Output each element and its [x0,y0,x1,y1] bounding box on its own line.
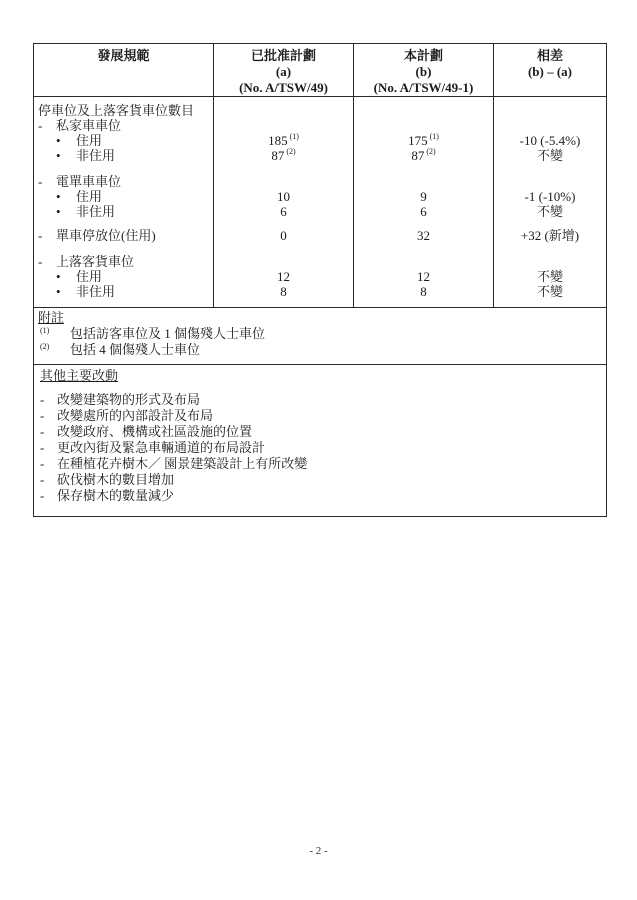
dash-marker: - [38,254,56,269]
header-approved-scheme: 已批准計劃 (a) (No. A/TSW/49) [214,44,354,97]
bullet-marker: • [56,204,76,219]
value-approved: 87(2) [214,148,354,163]
value-current: 6 [354,204,494,219]
footnote-marker: (1) [40,327,70,335]
page-number: - 2 - [0,845,637,857]
dash-marker: - [38,174,56,189]
header-label: 相差 [494,48,606,64]
footnote-ref: (2) [286,147,295,156]
dash-marker: - [40,456,57,472]
header-current-scheme: 本計劃 (b) (No. A/TSW/49-1) [354,44,494,97]
dash-marker: - [40,424,57,440]
row-label: 電單車車位 [56,174,121,189]
value-current: 12 [354,269,494,284]
dash-marker: - [38,228,56,243]
table-header-row: 發展規範 已批准計劃 (a) (No. A/TSW/49) 本計劃 (b) (N… [34,44,607,97]
value-difference: -1 (-10%) [494,189,607,204]
value-difference: 不變 [494,284,607,299]
value-difference: -10 (-5.4%) [494,133,607,148]
table-row: •住用 10 9 -1 (-10%) [34,189,607,204]
footnote: (2)包括 4 個傷殘人士車位 [38,342,600,358]
value-current: 9 [354,189,494,204]
change-item: -保存樹木的數量減少 [40,488,600,504]
value-approved: 12 [214,269,354,284]
change-text: 保存樹木的數量減少 [57,488,174,503]
change-item: -砍伐樹木的數目增加 [40,472,600,488]
change-text: 改變政府、機構或社區設施的位置 [57,424,252,439]
header-sublabel: (b) – (a) [494,64,606,80]
table-row: 停車位及上落客貨車位數目 [34,103,607,118]
row-label: 單車停放位(住用) [56,228,156,243]
comparison-table: 發展規範 已批准計劃 (a) (No. A/TSW/49) 本計劃 (b) (N… [33,43,607,517]
bullet-marker: • [56,189,76,204]
row-label: 私家車車位 [56,118,121,133]
footnote-ref: (2) [426,147,435,156]
footnote-marker: (2) [40,343,70,351]
dash-marker: - [40,440,57,456]
row-label: 住用 [76,269,102,284]
changes-title: 其他主要改動 [40,368,600,384]
change-item: -改變處所的內部設計及布局 [40,408,600,424]
value-approved: 185(1) [214,133,354,148]
document-page: 發展規範 已批准計劃 (a) (No. A/TSW/49) 本計劃 (b) (N… [0,0,637,900]
table-row: -電單車車位 [34,174,607,189]
header-sublabel: (b) [354,64,493,80]
header-difference: 相差 (b) – (a) [494,44,607,97]
header-plan-number: (No. A/TSW/49) [214,80,353,96]
change-item: -在種植花卉樹木／ 園景建築設計上有所改變 [40,456,600,472]
value-approved: 0 [214,228,354,243]
table-row: -單車停放位(住用) 0 32 +32 (新增) [34,228,607,243]
footnote-text: 包括 4 個傷殘人士車位 [70,342,200,357]
table-row: •非住用 8 8 不變 [34,284,607,299]
footnote-text: 包括訪客車位及 1 個傷殘人士車位 [70,326,265,341]
change-text: 在種植花卉樹木／ 園景建築設計上有所改變 [57,456,307,471]
notes-section: 附註 (1)包括訪客車位及 1 個傷殘人士車位 (2)包括 4 個傷殘人士車位 [34,308,607,365]
value-approved: 8 [214,284,354,299]
header-label: 發展規範 [34,48,213,64]
dash-marker: - [40,488,57,504]
change-item: -改變建築物的形式及布局 [40,392,600,408]
change-item: -改變政府、機構或社區設施的位置 [40,424,600,440]
value-current: 8 [354,284,494,299]
value-current: 87(2) [354,148,494,163]
value-difference: +32 (新增) [494,228,607,243]
table-row: •非住用 87(2) 87(2) 不變 [34,148,607,163]
dash-marker: - [38,118,56,133]
bullet-marker: • [56,133,76,148]
notes-title: 附註 [38,310,600,326]
header-plan-number: (No. A/TSW/49-1) [354,80,493,96]
table-row: •住用 185(1) 175(1) -10 (-5.4%) [34,133,607,148]
change-text: 改變建築物的形式及布局 [57,392,200,407]
table-row: -上落客貨車位 [34,254,607,269]
table-row: •非住用 6 6 不變 [34,204,607,219]
header-sublabel: (a) [214,64,353,80]
bullet-marker: • [56,269,76,284]
changes-section: 其他主要改動 -改變建築物的形式及布局 -改變處所的內部設計及布局 -改變政府、… [34,365,607,517]
value-current: 175(1) [354,133,494,148]
value-difference: 不變 [494,269,607,284]
header-label: 本計劃 [354,48,493,64]
footnote-ref: (1) [430,132,439,141]
change-text: 砍伐樹木的數目增加 [57,472,174,487]
bullet-marker: • [56,284,76,299]
footnote-ref: (1) [290,132,299,141]
value-approved: 6 [214,204,354,219]
footnote: (1)包括訪客車位及 1 個傷殘人士車位 [38,326,600,342]
dash-marker: - [40,392,57,408]
bullet-marker: • [56,148,76,163]
row-label: 住用 [76,133,102,148]
table-row: •住用 12 12 不變 [34,269,607,284]
dash-marker: - [40,472,57,488]
change-text: 更改內街及緊急車輛通道的布局設計 [57,440,265,455]
value-approved: 10 [214,189,354,204]
change-text: 改變處所的內部設計及布局 [57,408,213,423]
change-item: -更改內街及緊急車輛通道的布局設計 [40,440,600,456]
value-current: 32 [354,228,494,243]
header-development-spec: 發展規範 [34,44,214,97]
table-row: -私家車車位 [34,118,607,133]
header-label: 已批准計劃 [214,48,353,64]
row-label: 非住用 [76,148,115,163]
row-group-label: 停車位及上落客貨車位數目 [38,103,194,118]
dash-marker: - [40,408,57,424]
row-label: 住用 [76,189,102,204]
row-label: 非住用 [76,204,115,219]
value-difference: 不變 [494,148,607,163]
row-label: 非住用 [76,284,115,299]
value-difference: 不變 [494,204,607,219]
row-label: 上落客貨車位 [56,254,134,269]
